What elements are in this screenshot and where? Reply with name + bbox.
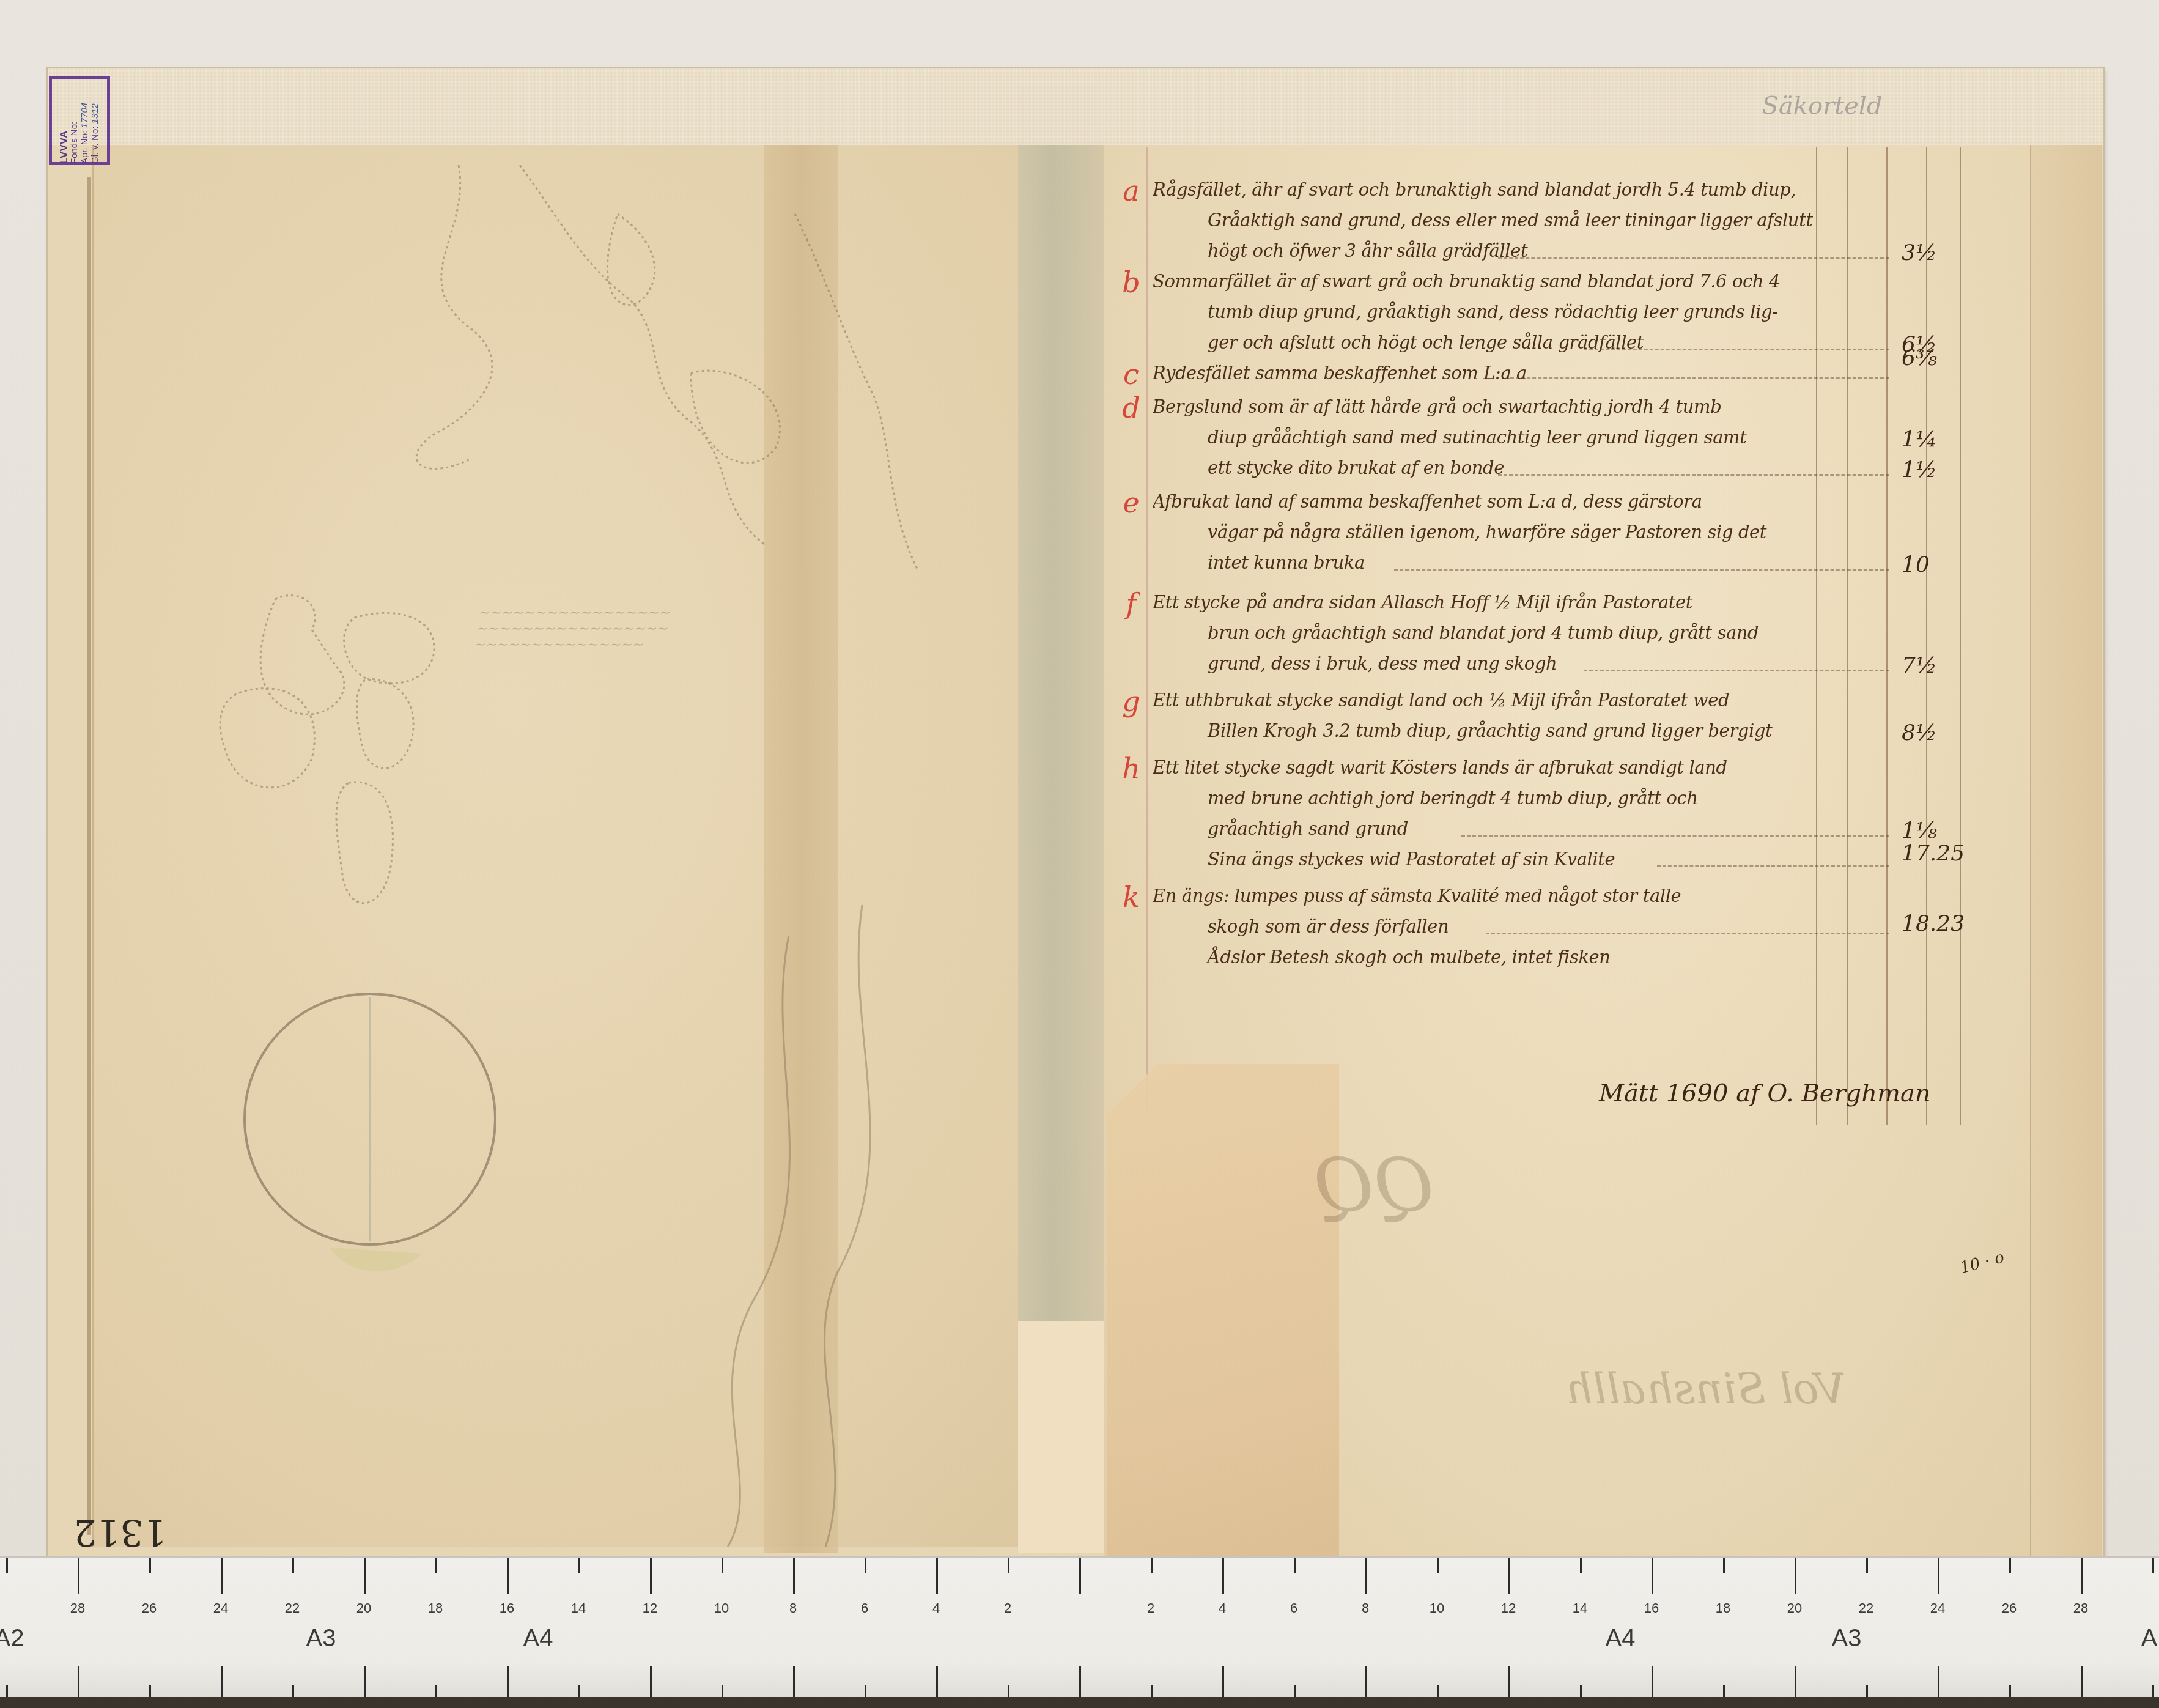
ruler-tick xyxy=(6,1558,8,1573)
ruler-label-right: 12 xyxy=(1501,1600,1516,1616)
right-page-edge xyxy=(2030,92,2102,1559)
ruler-tick xyxy=(1508,1558,1510,1594)
ruler-tick xyxy=(2009,1558,2011,1573)
ruler-label-right: 8 xyxy=(1362,1600,1369,1616)
ruler-tick xyxy=(1580,1685,1582,1697)
ruler-label-left: 28 xyxy=(70,1600,85,1616)
ruler-tick xyxy=(292,1558,294,1573)
ruler-tick xyxy=(1938,1666,1939,1697)
ruler-tick xyxy=(292,1685,294,1697)
entry-line: Sina ängs styckes wid Pastoratet af sin … xyxy=(1153,844,1813,874)
column-rule-3 xyxy=(1886,147,1888,1125)
ruler-label-right: 2 xyxy=(1147,1600,1154,1616)
ruler-tick xyxy=(6,1685,8,1697)
paper-size-label-left: A3 xyxy=(306,1625,336,1652)
entry-line: Ett stycke på andra sidan Allasch Hoff ½… xyxy=(1153,587,1813,618)
ruler-label-right: 26 xyxy=(2002,1600,2017,1616)
ruler-tick xyxy=(1008,1558,1009,1573)
stamp-archive-name: LVVVA xyxy=(59,78,69,164)
ruler-tick xyxy=(1222,1558,1224,1594)
dotted-leader xyxy=(1486,933,1889,934)
entry-line: gråachtigh sand grund xyxy=(1153,813,1813,844)
ruler-label-right: 22 xyxy=(1859,1600,1873,1616)
ruler-tick xyxy=(1437,1685,1439,1697)
dotted-leader xyxy=(1584,670,1889,671)
entry-value: 8½ xyxy=(1902,720,1999,745)
ruler-tick xyxy=(507,1666,509,1697)
entry-value: 10 xyxy=(1902,552,1999,577)
entry-letter: a xyxy=(1119,174,1143,207)
ruler-tick xyxy=(1151,1558,1153,1573)
entry-line: Bergslund som är af lätt hårde grå och s… xyxy=(1153,391,1813,422)
paper-size-label-right: A xyxy=(2141,1625,2158,1652)
sheet-number: 1312 xyxy=(73,1510,167,1553)
ruler-tick xyxy=(1151,1685,1153,1697)
ruler-tick xyxy=(364,1666,366,1697)
ruler-tick xyxy=(78,1666,79,1697)
entry-line: tumb diup grund, gråaktigh sand, dess rö… xyxy=(1153,297,1813,327)
ruler-tick xyxy=(1222,1666,1224,1697)
ruler-tick xyxy=(1723,1685,1725,1697)
ruler-tick xyxy=(578,1685,580,1697)
ruler-tick xyxy=(2152,1685,2154,1697)
ruler-label-right: 28 xyxy=(2073,1600,2088,1616)
ruler-label-left: 6 xyxy=(861,1600,868,1616)
entry-value: 18.23 xyxy=(1902,911,1999,936)
ruler-tick xyxy=(1795,1558,1796,1594)
entry-line: Rågsfället, ähr af svart och brunaktigh … xyxy=(1153,174,1813,205)
ruler-label-left: 26 xyxy=(142,1600,157,1616)
entry-line: Sommarfället är af swart grå och brunakt… xyxy=(1153,266,1813,297)
ruler-tick xyxy=(1652,1666,1653,1697)
ruler-tick xyxy=(1437,1558,1439,1573)
ruler-tick xyxy=(221,1666,223,1697)
ruler-label-left: 18 xyxy=(428,1600,443,1616)
ruler-tick xyxy=(1079,1558,1081,1594)
stamp-apr-value: 17704 xyxy=(79,102,90,128)
ruler-label-left: 14 xyxy=(571,1600,586,1616)
ruler-tick xyxy=(865,1685,866,1697)
dotted-leader xyxy=(1461,835,1889,837)
ruler-tick xyxy=(2009,1685,2011,1697)
ruler-tick xyxy=(1079,1666,1081,1697)
dotted-leader xyxy=(1498,474,1889,476)
ruler-tick xyxy=(507,1558,509,1594)
entry-line: med brune achtigh jord beringdt 4 tumb d… xyxy=(1153,783,1813,813)
entry-line: grund, dess i bruk, dess med ung skogh xyxy=(1153,648,1813,679)
dotted-leader xyxy=(1510,377,1889,379)
map-sketch: ~~~~~~~~~~~~~~~~~~~~~~~~~~~~~~~~~~~~~~~~… xyxy=(92,141,1131,1547)
entry-line: En ängs: lumpes puss af sämsta Kvalité m… xyxy=(1153,881,1813,911)
paper-size-label-left: A4 xyxy=(523,1625,553,1652)
ruler-label-left: 20 xyxy=(356,1600,371,1616)
entry-letter: h xyxy=(1119,752,1143,785)
measurement-ruler: 2826242220181614121086422468101214161820… xyxy=(0,1556,2159,1708)
entry-line: Afbrukat land af samma beskaffenhet som … xyxy=(1153,486,1813,517)
bleed-through-text: Vol Sinshallh xyxy=(1565,1364,1846,1414)
entry-letter: d xyxy=(1119,391,1143,424)
ruler-tick xyxy=(149,1685,151,1697)
entry-value: 17.25 xyxy=(1902,841,1999,866)
ruler-tick xyxy=(722,1558,723,1573)
ruler-tick xyxy=(435,1558,437,1573)
ruler-label-right: 18 xyxy=(1716,1600,1730,1616)
entry-value: 1⅛ xyxy=(1902,818,1999,843)
entry-line: Ett litet stycke sagdt warit Kösters lan… xyxy=(1153,752,1813,783)
ruler-tick xyxy=(149,1558,151,1573)
ruler-tick xyxy=(2152,1558,2154,1573)
folded-paper-flap xyxy=(1107,1064,1339,1559)
ruler-label-right: 14 xyxy=(1573,1600,1587,1616)
ruler-tick xyxy=(1723,1558,1725,1573)
entry-line: Ett uthbrukat stycke sandigt land och ½ … xyxy=(1153,685,1813,715)
ruler-label-left: 12 xyxy=(643,1600,657,1616)
entry-value: 7½ xyxy=(1902,653,1999,678)
paper-size-label-left: A2 xyxy=(0,1625,24,1652)
entry-line: högt och öfwer 3 åhr sålla grädfället xyxy=(1153,235,1813,266)
ruler-tick xyxy=(1795,1666,1796,1697)
ruler-tick xyxy=(722,1685,723,1697)
ruler-label-left: 2 xyxy=(1004,1600,1011,1616)
paper-size-label-right: A3 xyxy=(1832,1625,1862,1652)
scanner-edge xyxy=(0,1697,2159,1708)
mirrored-map-text: ~~~~~~~~~~~~~~~~~~~~~~~~~~~~~~~~~~~~~~~~… xyxy=(474,605,713,653)
entry-letter: f xyxy=(1119,587,1143,620)
ruler-tick xyxy=(1938,1558,1939,1594)
ruler-label-right: 16 xyxy=(1644,1600,1659,1616)
stamp-gl-value: 1312 xyxy=(90,103,100,124)
ruler-tick xyxy=(793,1666,795,1697)
ruler-label-right: 4 xyxy=(1219,1600,1226,1616)
ruler-label-left: 16 xyxy=(500,1600,514,1616)
entry-value-secondary: 1¼ xyxy=(1902,427,1999,452)
margin-rule xyxy=(1146,147,1148,1113)
entry-line: Gråaktigh sand grund, dess eller med små… xyxy=(1153,205,1813,235)
ruler-label-right: 20 xyxy=(1787,1600,1802,1616)
ruler-tick xyxy=(2081,1558,2083,1594)
ruler-tick xyxy=(1365,1666,1367,1697)
surveyor-signature: Mätt 1690 af O. Berghman xyxy=(1599,1079,1931,1107)
ledger-heading: Säkorteld xyxy=(1730,92,1914,120)
dotted-leader xyxy=(1394,569,1889,571)
entry-letter: e xyxy=(1119,486,1143,519)
entry-value: 6⅜ xyxy=(1902,346,1999,371)
ruler-tick xyxy=(936,1666,938,1697)
ruler-tick xyxy=(1580,1558,1582,1573)
entry-line: ger och afslutt och högt och lenge sålla… xyxy=(1153,327,1813,358)
ruler-tick xyxy=(1866,1558,1868,1573)
entry-value: 1½ xyxy=(1902,457,1999,482)
ruler-label-right: 6 xyxy=(1290,1600,1297,1616)
column-rule-4 xyxy=(1926,147,1927,1125)
ruler-label-left: 22 xyxy=(285,1600,300,1616)
entry-letter: g xyxy=(1119,685,1143,718)
ruler-tick xyxy=(1652,1558,1653,1594)
ruler-label-left: 10 xyxy=(714,1600,729,1616)
ruler-tick xyxy=(650,1558,652,1594)
ruler-label-right: 10 xyxy=(1430,1600,1444,1616)
land-description-ledger: Säkorteld a Rågsfället, ähr af svart och… xyxy=(1119,147,2036,1125)
ruler-tick xyxy=(1294,1558,1296,1573)
entry-line: diup grååchtigh sand med sutinachtig lee… xyxy=(1153,422,1813,453)
dotted-leader xyxy=(1498,257,1889,259)
ruler-tick xyxy=(650,1666,652,1697)
entry-line: skogh som är dess förfallen xyxy=(1153,911,1813,942)
column-rule-1 xyxy=(1816,147,1817,1125)
bleed-through-flourish: QQ xyxy=(1315,1144,1435,1229)
column-rule-2 xyxy=(1847,147,1848,1125)
entry-line: Billen Krogh 3.2 tumb diup, gråachtig sa… xyxy=(1153,715,1813,746)
paper-size-label-right: A4 xyxy=(1606,1625,1636,1652)
ruler-tick xyxy=(936,1558,938,1594)
ruler-label-right: 24 xyxy=(1930,1600,1945,1616)
ruler-tick xyxy=(1508,1666,1510,1697)
ruler-tick xyxy=(1866,1685,1868,1697)
ruler-tick xyxy=(1008,1685,1009,1697)
ruler-tick xyxy=(865,1558,866,1573)
ruler-label-left: 4 xyxy=(932,1600,940,1616)
ruler-tick xyxy=(78,1558,79,1594)
ruler-tick xyxy=(364,1558,366,1594)
entry-line: brun och gråachtigh sand blandat jord 4 … xyxy=(1153,618,1813,648)
ruler-tick xyxy=(2081,1666,2083,1697)
map-outline-icon xyxy=(92,141,1131,1547)
stamp-apr-label: Apr. No: xyxy=(79,130,90,163)
ruler-tick xyxy=(435,1685,437,1697)
ruler-tick xyxy=(1365,1558,1367,1594)
ruler-tick xyxy=(793,1558,795,1594)
entry-line: intet kunna bruka xyxy=(1153,547,1813,578)
ruler-label-left: 24 xyxy=(213,1600,228,1616)
ruler-label-left: 8 xyxy=(789,1600,797,1616)
dotted-leader xyxy=(1657,865,1889,867)
stamp-fonds-label: Fonds No: xyxy=(69,78,79,164)
entry-line: Ådslor Betesh skogh och mulbete, intet f… xyxy=(1153,942,1813,972)
column-rule-5 xyxy=(1960,147,1961,1125)
entry-letter: b xyxy=(1119,266,1143,299)
entry-value: 3½ xyxy=(1902,240,1999,265)
ruler-tick xyxy=(578,1558,580,1573)
dotted-leader xyxy=(1584,349,1889,350)
entry-line: ett stycke dito brukat af en bonde xyxy=(1153,453,1813,483)
entry-letter: k xyxy=(1119,881,1143,914)
ruler-tick xyxy=(1294,1685,1296,1697)
entry-line: Rydesfället samma beskaffenhet som L:a a xyxy=(1153,358,1813,388)
entry-letter: c xyxy=(1119,358,1143,391)
ruler-tick xyxy=(221,1558,223,1594)
entry-line: vägar på några ställen igenom, hwarföre … xyxy=(1153,517,1813,547)
